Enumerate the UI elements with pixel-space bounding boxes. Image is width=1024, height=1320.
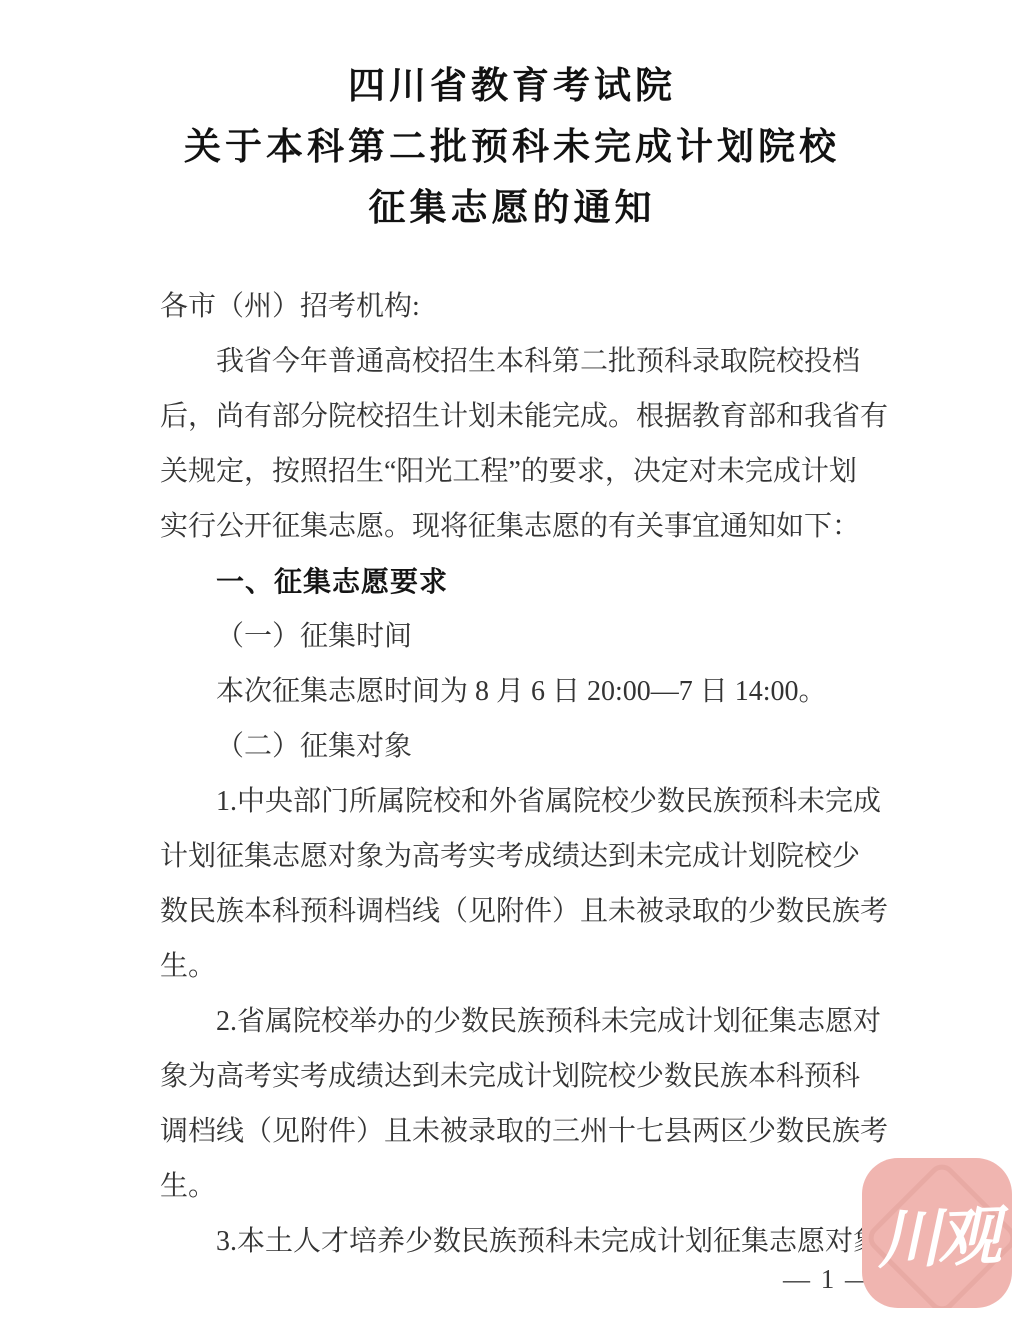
body-line: 计划征集志愿对象为高考实考成绩达到未完成计划院校少 (160, 829, 894, 884)
watermark-text: 川观 (862, 1158, 1012, 1308)
document-title: 四川省教育考试院 关于本科第二批预科未完成计划院校 征集志愿的通知 (0, 0, 1024, 239)
body-line: 2.省属院校举办的少数民族预科未完成计划征集志愿对 (160, 994, 894, 1049)
section-heading-1: 一、征集志愿要求 (160, 554, 894, 609)
salutation-line: 各市（州）招考机构: (160, 279, 894, 334)
title-line-2: 关于本科第二批预科未完成计划院校 (0, 117, 1024, 178)
subsection-heading-2: （二）征集对象 (160, 719, 894, 774)
body-line: 关规定，按照招生“阳光工程”的要求，决定对未完成计划 (160, 444, 894, 499)
chuanguan-watermark-badge: 川观 (862, 1158, 1012, 1308)
body-line: 3.本土人才培养少数民族预科未完成计划征集志愿对象 (160, 1214, 894, 1269)
body-line: 实行公开征集志愿。现将征集志愿的有关事宜通知如下： (160, 499, 894, 554)
subsection-heading-1: （一）征集时间 (160, 609, 894, 664)
title-line-1: 四川省教育考试院 (0, 56, 1024, 117)
body-line: 1.中央部门所属院校和外省属院校少数民族预科未完成 (160, 774, 894, 829)
body-line: 本次征集志愿时间为 8 月 6 日 20:00—7 日 14:00。 (160, 664, 894, 719)
title-line-3: 征集志愿的通知 (0, 178, 1024, 239)
page-number: — 1 — (783, 1264, 874, 1295)
body-line: 生。 (160, 1159, 894, 1214)
body-line: 后，尚有部分院校招生计划未能完成。根据教育部和我省有 (160, 389, 894, 444)
body-line: 调档线（见附件）且未被录取的三州十七县两区少数民族考 (160, 1104, 894, 1159)
body-line: 象为高考实考成绩达到未完成计划院校少数民族本科预科 (160, 1049, 894, 1104)
body-line: 数民族本科预科调档线（见附件）且未被录取的少数民族考 (160, 884, 894, 939)
body-line: 我省今年普通高校招生本科第二批预科录取院校投档 (160, 334, 894, 389)
body-line: 生。 (160, 939, 894, 994)
document-body: 各市（州）招考机构: 我省今年普通高校招生本科第二批预科录取院校投档 后，尚有部… (160, 279, 894, 1269)
document-page: 四川省教育考试院 关于本科第二批预科未完成计划院校 征集志愿的通知 各市（州）招… (0, 0, 1024, 1320)
